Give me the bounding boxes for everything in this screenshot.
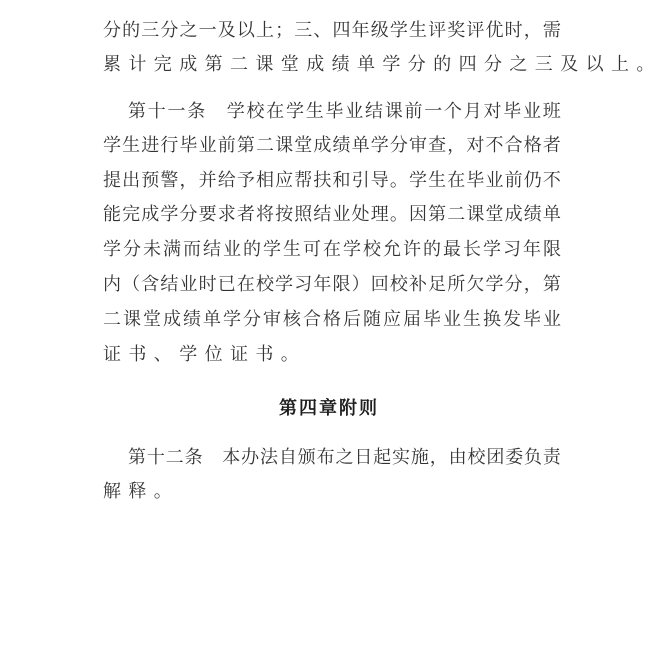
text-line-p-continued: 分的三分之一及以上；三、四年级学生评奖评优时，需 — [103, 19, 561, 43]
text-line-article-12: 解释。 — [103, 480, 561, 504]
document-page: 分的三分之一及以上；三、四年级学生评奖评优时，需累计完成第二课堂成绩单学分的四分… — [0, 0, 658, 667]
text-line-article-11: 提出预警，并给予相应帮扶和引导。学生在毕业前仍不 — [103, 169, 561, 193]
text-line-article-11: 学分未满而结业的学生可在学校允许的最长学习年限 — [103, 238, 561, 262]
text-line-article-11: 能完成学分要求者将按照结业处理。因第二课堂成绩单 — [103, 203, 561, 227]
text-line-article-11: 证书、学位证书。 — [103, 343, 561, 367]
text-line-article-11: 内（含结业时已在校学习年限）回校补足所欠学分，第 — [103, 273, 561, 297]
text-line-p-continued: 累计完成第二课堂成绩单学分的四分之三及以上。 — [103, 53, 561, 77]
chapter-heading: 第四章附则 — [0, 397, 658, 421]
text-line-article-12: 第十二条 本办法自颁布之日起实施，由校团委负责 — [128, 446, 561, 470]
text-line-article-11: 二课堂成绩单学分审核合格后随应届毕业生换发毕业 — [103, 308, 561, 332]
text-line-article-11: 第十一条 学校在学生毕业结课前一个月对毕业班 — [128, 100, 561, 124]
text-line-article-11: 学生进行毕业前第二课堂成绩单学分审查，对不合格者 — [103, 134, 561, 158]
